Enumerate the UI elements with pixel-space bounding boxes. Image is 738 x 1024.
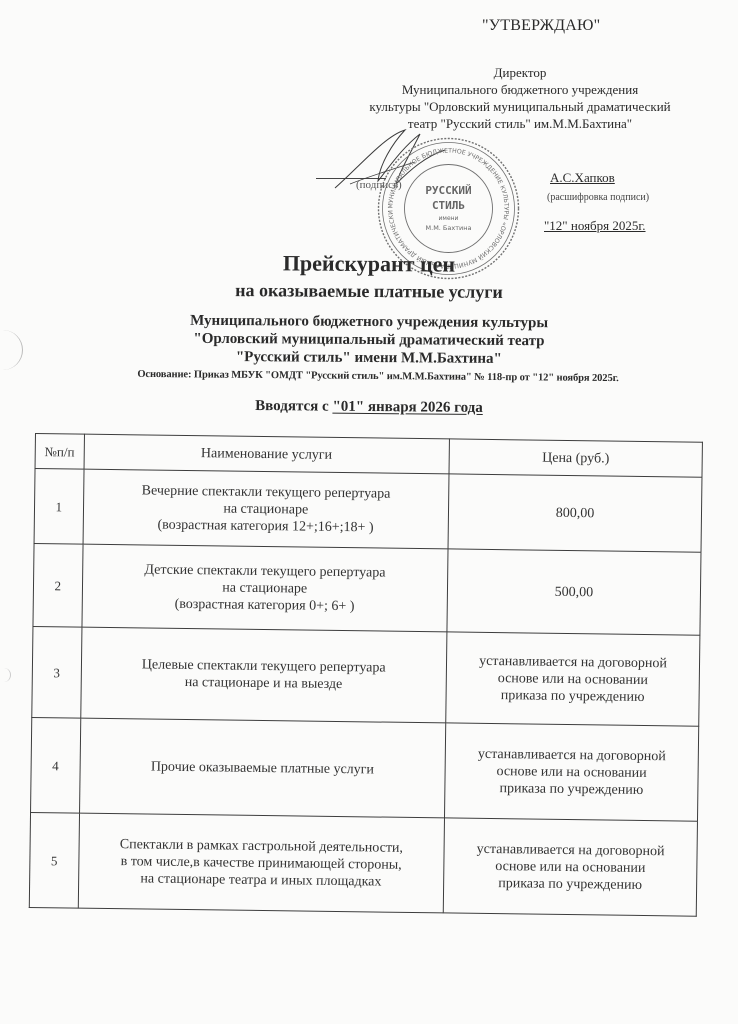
svg-text:имени: имени [439,215,459,222]
header-service-name: Наименование услуги [84,434,450,474]
price-table-container: №п/п Наименование услуги Цена (руб.) 1 В… [29,433,703,917]
table-row: 3 Целевые спектакли текущего репертуара … [32,626,700,726]
service-name: Вечерние спектакли текущего репертуара н… [83,469,449,549]
service-name: Целевые спектакли текущего репертуара на… [80,627,447,723]
scan-margin-mark [0,668,11,682]
basis-order: Основание: Приказ МБУК "ОМДТ "Русский ст… [38,368,718,385]
row-number: 5 [29,812,79,908]
director-org-line-2: культуры "Орловский муниципальный драмат… [320,98,720,115]
row-number: 3 [32,626,82,718]
effective-date-line: Вводятся с "01" января 2026 года [0,396,738,419]
service-name: Спектакли в рамках гастрольной деятельно… [78,813,445,913]
table-row: 1 Вечерние спектакли текущего репертуара… [34,469,702,553]
effective-date: "01" января 2026 года [332,399,482,416]
row-number: 2 [33,543,83,627]
document-title: Прейскурант цен [0,248,738,279]
table-row: 5 Спектакли в рамках гастрольной деятель… [29,812,697,916]
service-name: Детские спектакли текущего репертуара на… [81,544,448,632]
approval-heading: "УТВЕРЖДАЮ" [482,17,600,35]
header-price: Цена (руб.) [449,439,702,477]
service-price: устанавливается на договорной основе или… [443,818,697,916]
service-price: 500,00 [447,549,701,635]
service-price: 800,00 [448,474,702,552]
name-decode-label: (расшифровка подписи) [547,192,649,203]
signatory-name: А.С.Хапков [550,170,615,186]
director-position: Директор [320,64,720,81]
approval-date: "12" ноября 2025г. [544,218,646,234]
price-table: №п/п Наименование услуги Цена (руб.) 1 В… [29,433,703,917]
svg-text:М.М. Бахтина: М.М. Бахтина [426,224,472,232]
service-price: устанавливается на договорной основе или… [446,632,700,726]
svg-text:СТИЛЬ: СТИЛЬ [432,199,465,212]
row-number: 1 [34,469,84,545]
director-org-line-1: Муниципального бюджетного учреждения [320,81,720,98]
table-row: 4 Прочие оказываемые платные услуги уста… [31,717,699,821]
organization-name: Муниципального бюджетного учреждения кул… [0,310,738,369]
org-line-3: "Русский стиль" имени М.М.Бахтина" [0,346,738,369]
service-name: Прочие оказываемые платные услуги [79,718,446,818]
document-subtitle: на оказываемые платные услуги [0,278,738,304]
header-number: №п/п [35,434,84,470]
table-row: 2 Детские спектакли текущего репертуара … [33,543,701,635]
director-block: Директор Муниципального бюджетного учреж… [320,64,720,132]
effective-prefix: Вводятся с [255,398,332,415]
svg-text:РУССКИЙ: РУССКИЙ [425,184,471,197]
service-price: устанавливается на договорной основе или… [445,723,699,821]
row-number: 4 [31,717,81,813]
